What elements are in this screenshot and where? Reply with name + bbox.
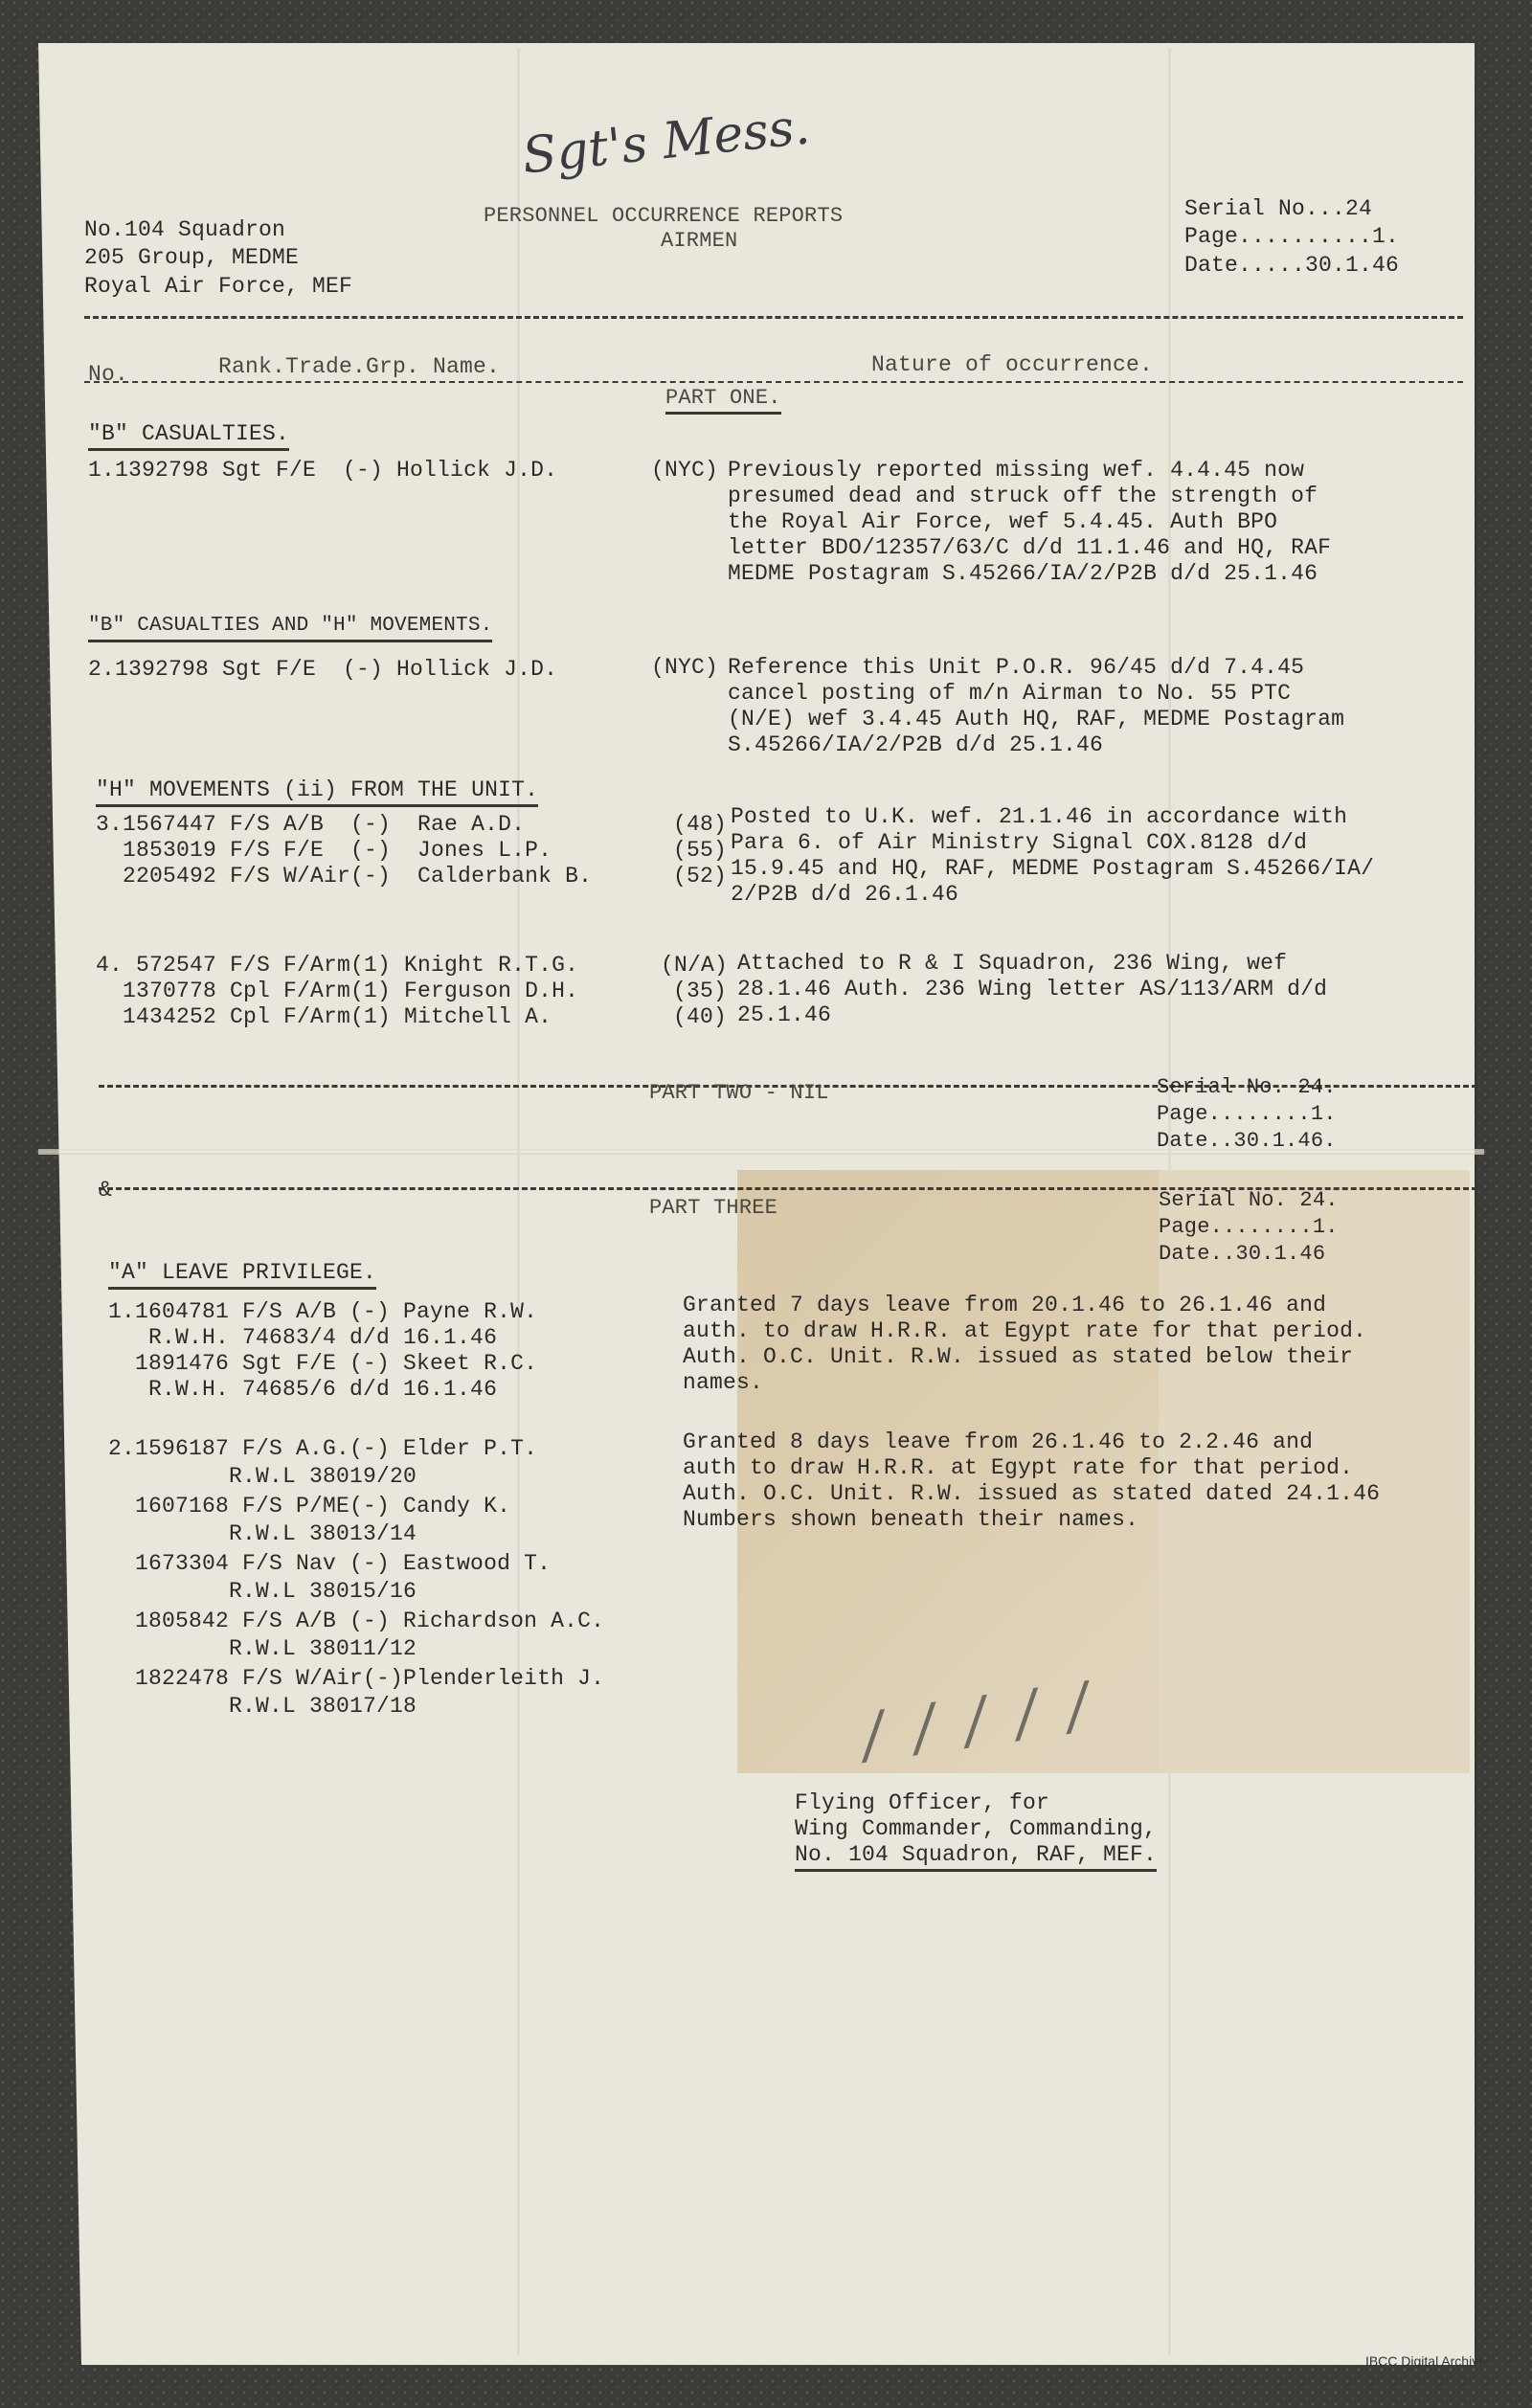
entry-text: Numbers shown beneath their names. bbox=[683, 1507, 1138, 1533]
report-date: Date.....30.1.46 bbox=[1184, 253, 1399, 279]
entry-personnel: 2205492 F/S W/Air(-) Calderbank B. bbox=[96, 864, 592, 889]
section-heading: "H" MOVEMENTS (ii) FROM THE UNIT. bbox=[96, 777, 538, 807]
entry-personnel: 1370778 Cpl F/Arm(1) Ferguson D.H. bbox=[96, 979, 578, 1004]
entry-text: auth to draw H.R.R. at Egypt rate for th… bbox=[683, 1455, 1353, 1481]
entry-personnel: 1607168 F/S P/ME(-) Candy K. bbox=[108, 1494, 510, 1519]
part-two-title: PART TWO - NIL bbox=[649, 1080, 829, 1106]
entry-warrant: R.W.L 38017/18 bbox=[108, 1694, 417, 1720]
part-two-page: Page........1. bbox=[1157, 1101, 1337, 1127]
entry-text: Posted to U.K. wef. 21.1.46 in accordanc… bbox=[731, 804, 1347, 830]
entry-personnel: 1853019 F/S F/E (-) Jones L.P. bbox=[96, 838, 552, 864]
entry-text: 15.9.45 and HQ, RAF, MEDME Postagram S.4… bbox=[731, 856, 1374, 882]
signature-line: No. 104 Squadron, RAF, MEF. bbox=[795, 1842, 1157, 1872]
entry-text: presumed dead and struck off the strengt… bbox=[728, 484, 1318, 509]
entry-text: cancel posting of m/n Airman to No. 55 P… bbox=[728, 681, 1291, 707]
section-heading: "B" CASUALTIES AND "H" MOVEMENTS. bbox=[88, 613, 492, 642]
entry-personnel: 4. 572547 F/S F/Arm(1) Knight R.T.G. bbox=[96, 953, 578, 979]
unit-line: No.104 Squadron bbox=[84, 217, 285, 243]
unit-line: 205 Group, MEDME bbox=[84, 245, 299, 271]
entry-text: auth. to draw H.R.R. at Egypt rate for t… bbox=[683, 1318, 1366, 1344]
section-heading: "B" CASUALTIES. bbox=[88, 421, 289, 451]
entry-personnel: 1434252 Cpl F/Arm(1) Mitchell A. bbox=[96, 1004, 552, 1030]
entry-personnel: 1.1604781 F/S A/B (-) Payne R.W. bbox=[108, 1299, 537, 1325]
column-rank-trade-grp-name: Rank.Trade.Grp. Name. bbox=[218, 354, 500, 380]
page-number: Page..........1. bbox=[1184, 224, 1399, 250]
entry-text: 2/P2B d/d 26.1.46 bbox=[731, 882, 958, 908]
entry-warrant: R.W.L 38011/12 bbox=[108, 1636, 417, 1662]
entry-text: Granted 8 days leave from 26.1.46 to 2.2… bbox=[683, 1429, 1313, 1455]
entry-personnel: 3.1567447 F/S A/B (-) Rae A.D. bbox=[96, 812, 525, 838]
entry-warrant: R.W.L 38013/14 bbox=[108, 1521, 417, 1547]
column-no: No. bbox=[88, 362, 128, 388]
entry-warrant: R.W.H. 74683/4 d/d 16.1.46 bbox=[108, 1325, 497, 1351]
signature-line: Flying Officer, for bbox=[795, 1790, 1049, 1816]
entry-text: Auth. O.C. Unit. R.W. issued as stated d… bbox=[683, 1481, 1380, 1507]
entry-text: S.45266/IA/2/P2B d/d 25.1.46 bbox=[728, 732, 1103, 758]
entry-text: Para 6. of Air Ministry Signal COX.8128 … bbox=[731, 830, 1307, 856]
entry-text: the Royal Air Force, wef 5.4.45. Auth BP… bbox=[728, 509, 1277, 535]
entry-text: letter BDO/12357/63/C d/d 11.1.46 and HQ… bbox=[728, 535, 1331, 561]
section-heading: "A" LEAVE PRIVILEGE. bbox=[108, 1260, 376, 1290]
entry-code: (52) bbox=[673, 864, 727, 889]
entry-text: Attached to R & I Squadron, 236 Wing, we… bbox=[737, 951, 1287, 977]
part-two-date: Date..30.1.46. bbox=[1157, 1128, 1337, 1154]
entry-code: (48) bbox=[673, 812, 727, 838]
part-three-serial: Serial No. 24. bbox=[1159, 1187, 1339, 1213]
entry-text: 25.1.46 bbox=[737, 1002, 831, 1028]
entry-warrant: R.W.H. 74685/6 d/d 16.1.46 bbox=[108, 1377, 497, 1403]
entry-text: Granted 7 days leave from 20.1.46 to 26.… bbox=[683, 1293, 1326, 1318]
part-two-serial: Serial No. 24. bbox=[1157, 1074, 1337, 1100]
column-rule bbox=[84, 381, 1463, 383]
entry-personnel: 2.1392798 Sgt F/E (-) Hollick J.D. bbox=[88, 657, 557, 683]
entry-warrant: R.W.L 38019/20 bbox=[108, 1464, 417, 1490]
signature-line: Wing Commander, Commanding, bbox=[795, 1816, 1157, 1842]
entry-code: (NYC) bbox=[651, 458, 718, 484]
serial-number: Serial No...24 bbox=[1184, 196, 1372, 222]
entry-code: (N/A) bbox=[661, 953, 728, 979]
header-rule bbox=[84, 316, 1463, 319]
fold-crease-vertical bbox=[517, 48, 520, 2355]
part-three-date: Date..30.1.46 bbox=[1159, 1241, 1325, 1267]
entry-warrant: R.W.L 38015/16 bbox=[108, 1579, 417, 1605]
unit-line: Royal Air Force, MEF bbox=[84, 274, 352, 300]
part-one-title: PART ONE. bbox=[665, 385, 781, 415]
ampersand: & bbox=[99, 1178, 112, 1204]
entry-personnel: 1673304 F/S Nav (-) Eastwood T. bbox=[108, 1551, 551, 1577]
entry-code: (55) bbox=[673, 838, 727, 864]
column-nature: Nature of occurrence. bbox=[871, 352, 1153, 378]
entry-personnel: 1805842 F/S A/B (-) Richardson A.C. bbox=[108, 1609, 604, 1634]
entry-personnel: 1.1392798 Sgt F/E (-) Hollick J.D. bbox=[88, 458, 557, 484]
report-subtitle: AIRMEN bbox=[661, 228, 737, 254]
part-three-title: PART THREE bbox=[649, 1195, 777, 1221]
entry-personnel: 1891476 Sgt F/E (-) Skeet R.C. bbox=[108, 1351, 537, 1377]
entry-code: (35) bbox=[673, 979, 727, 1004]
entry-code: (40) bbox=[673, 1004, 727, 1030]
entry-text: MEDME Postagram S.45266/IA/2/P2B d/d 25.… bbox=[728, 561, 1318, 587]
entry-text: Reference this Unit P.O.R. 96/45 d/d 7.4… bbox=[728, 655, 1304, 681]
archive-watermark: IBCC Digital Archive bbox=[1365, 2353, 1486, 2369]
entry-personnel: 2.1596187 F/S A.G.(-) Elder P.T. bbox=[108, 1436, 537, 1462]
entry-text: Previously reported missing wef. 4.4.45 … bbox=[728, 458, 1304, 484]
part-three-page: Page........1. bbox=[1159, 1214, 1339, 1240]
entry-text: Auth. O.C. Unit. R.W. issued as stated b… bbox=[683, 1344, 1353, 1370]
entry-text: 28.1.46 Auth. 236 Wing letter AS/113/ARM… bbox=[737, 977, 1327, 1002]
entry-text: names. bbox=[683, 1370, 763, 1396]
entry-code: (NYC) bbox=[651, 655, 718, 681]
entry-personnel: 1822478 F/S W/Air(-)Plenderleith J. bbox=[108, 1666, 604, 1692]
entry-text: (N/E) wef 3.4.45 Auth HQ, RAF, MEDME Pos… bbox=[728, 707, 1344, 732]
report-title: PERSONNEL OCCURRENCE REPORTS bbox=[484, 203, 843, 229]
